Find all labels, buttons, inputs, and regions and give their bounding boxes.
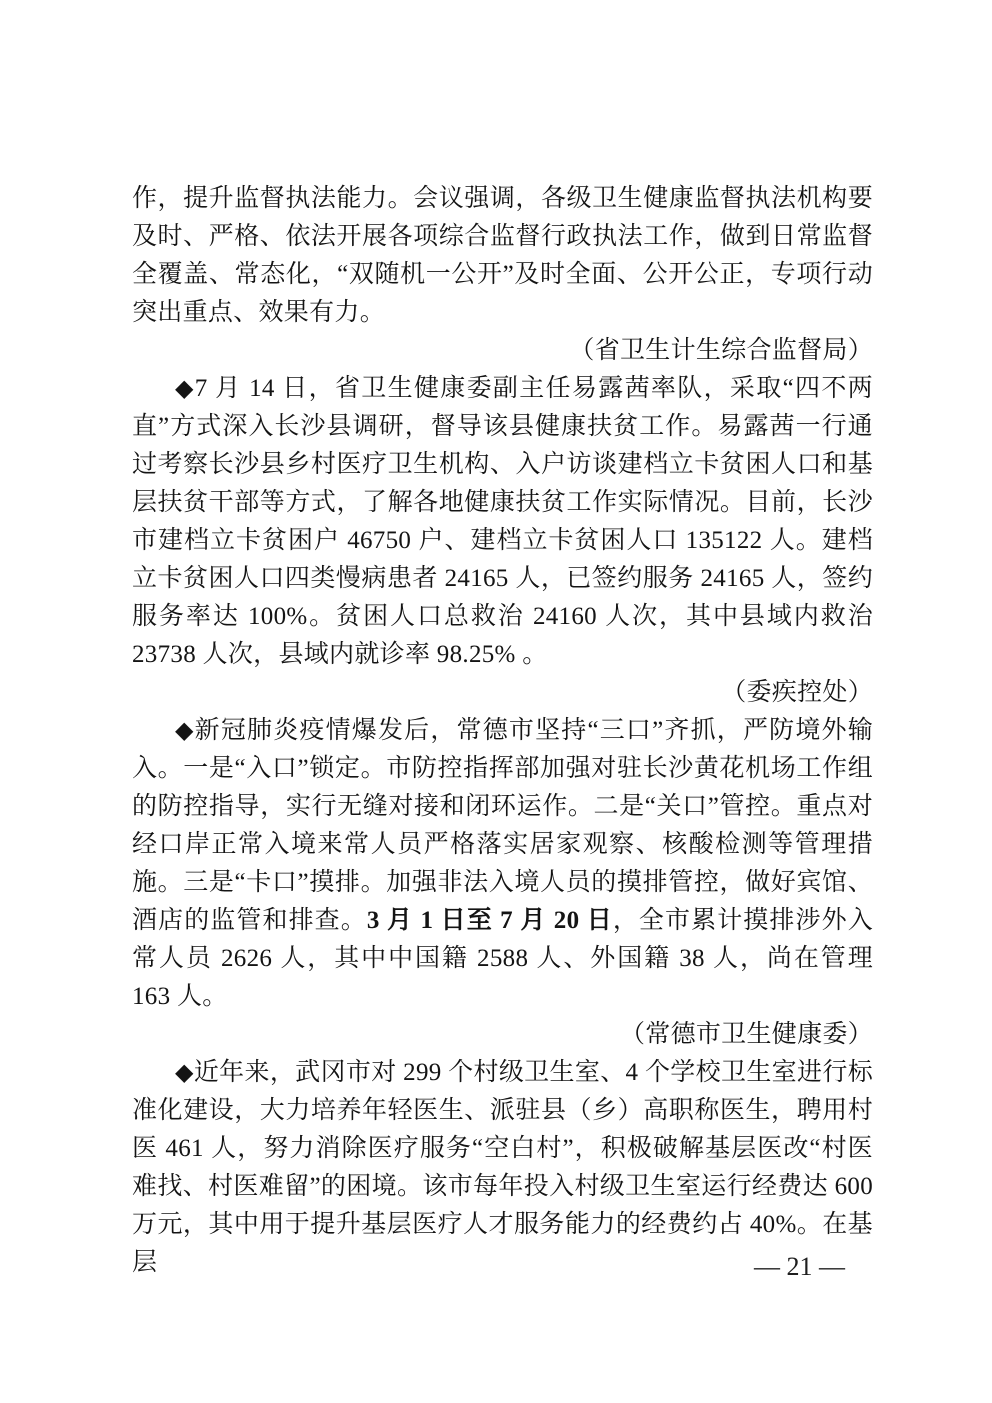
attribution-1-text: （省卫生计生综合监督局） — [569, 337, 873, 364]
attribution-2: （委疾控处） — [132, 674, 873, 712]
attribution-3: （常德市卫生健康委） — [132, 1016, 873, 1054]
attribution-1: （省卫生计生综合监督局） — [132, 332, 873, 370]
diamond-bullet-icon: ◆ — [175, 718, 195, 744]
attribution-3-text: （常德市卫生健康委） — [620, 1021, 873, 1048]
article-paragraph-2: ◆7 月 14 日，省卫生健康委副主任易露茜率队，采取“四不两直”方式深入长沙县… — [132, 370, 873, 674]
attribution-2-text: （委疾控处） — [721, 679, 873, 706]
diamond-bullet-icon: ◆ — [175, 376, 195, 402]
article-paragraph-3: ◆新冠肺炎疫情爆发后，常德市坚持“三口”齐抓，严防境外输入。一是“入口”锁定。市… — [132, 712, 873, 1016]
article-1-text: 作，提升监督执法能力。会议强调，各级卫生健康监督执法机构要及时、严格、依法开展各… — [132, 185, 873, 326]
page-footer: — 21 — — [132, 1248, 873, 1286]
diamond-bullet-icon: ◆ — [175, 1060, 194, 1086]
document-page: 作，提升监督执法能力。会议强调，各级卫生健康监督执法机构要及时、严格、依法开展各… — [0, 0, 992, 1403]
article-3-bold-date: 3 月 1 日至 7 月 20 日 — [367, 907, 613, 934]
bulletin-body: 作，提升监督执法能力。会议强调，各级卫生健康监督执法机构要及时、严格、依法开展各… — [132, 180, 873, 1282]
page-number: — 21 — — [754, 1252, 845, 1281]
article-paragraph-1: 作，提升监督执法能力。会议强调，各级卫生健康监督执法机构要及时、严格、依法开展各… — [132, 180, 873, 332]
article-4-text: 近年来，武冈市对 299 个村级卫生室、4 个学校卫生室进行标准化建设，大力培养… — [132, 1059, 873, 1276]
article-2-text: 7 月 14 日，省卫生健康委副主任易露茜率队，采取“四不两直”方式深入长沙县调… — [132, 375, 873, 668]
article-3-text-lead: 新冠肺炎疫情爆发后，常德市坚持“三口”齐抓，严防境外输入。一是“入口”锁定。市防… — [132, 717, 873, 934]
